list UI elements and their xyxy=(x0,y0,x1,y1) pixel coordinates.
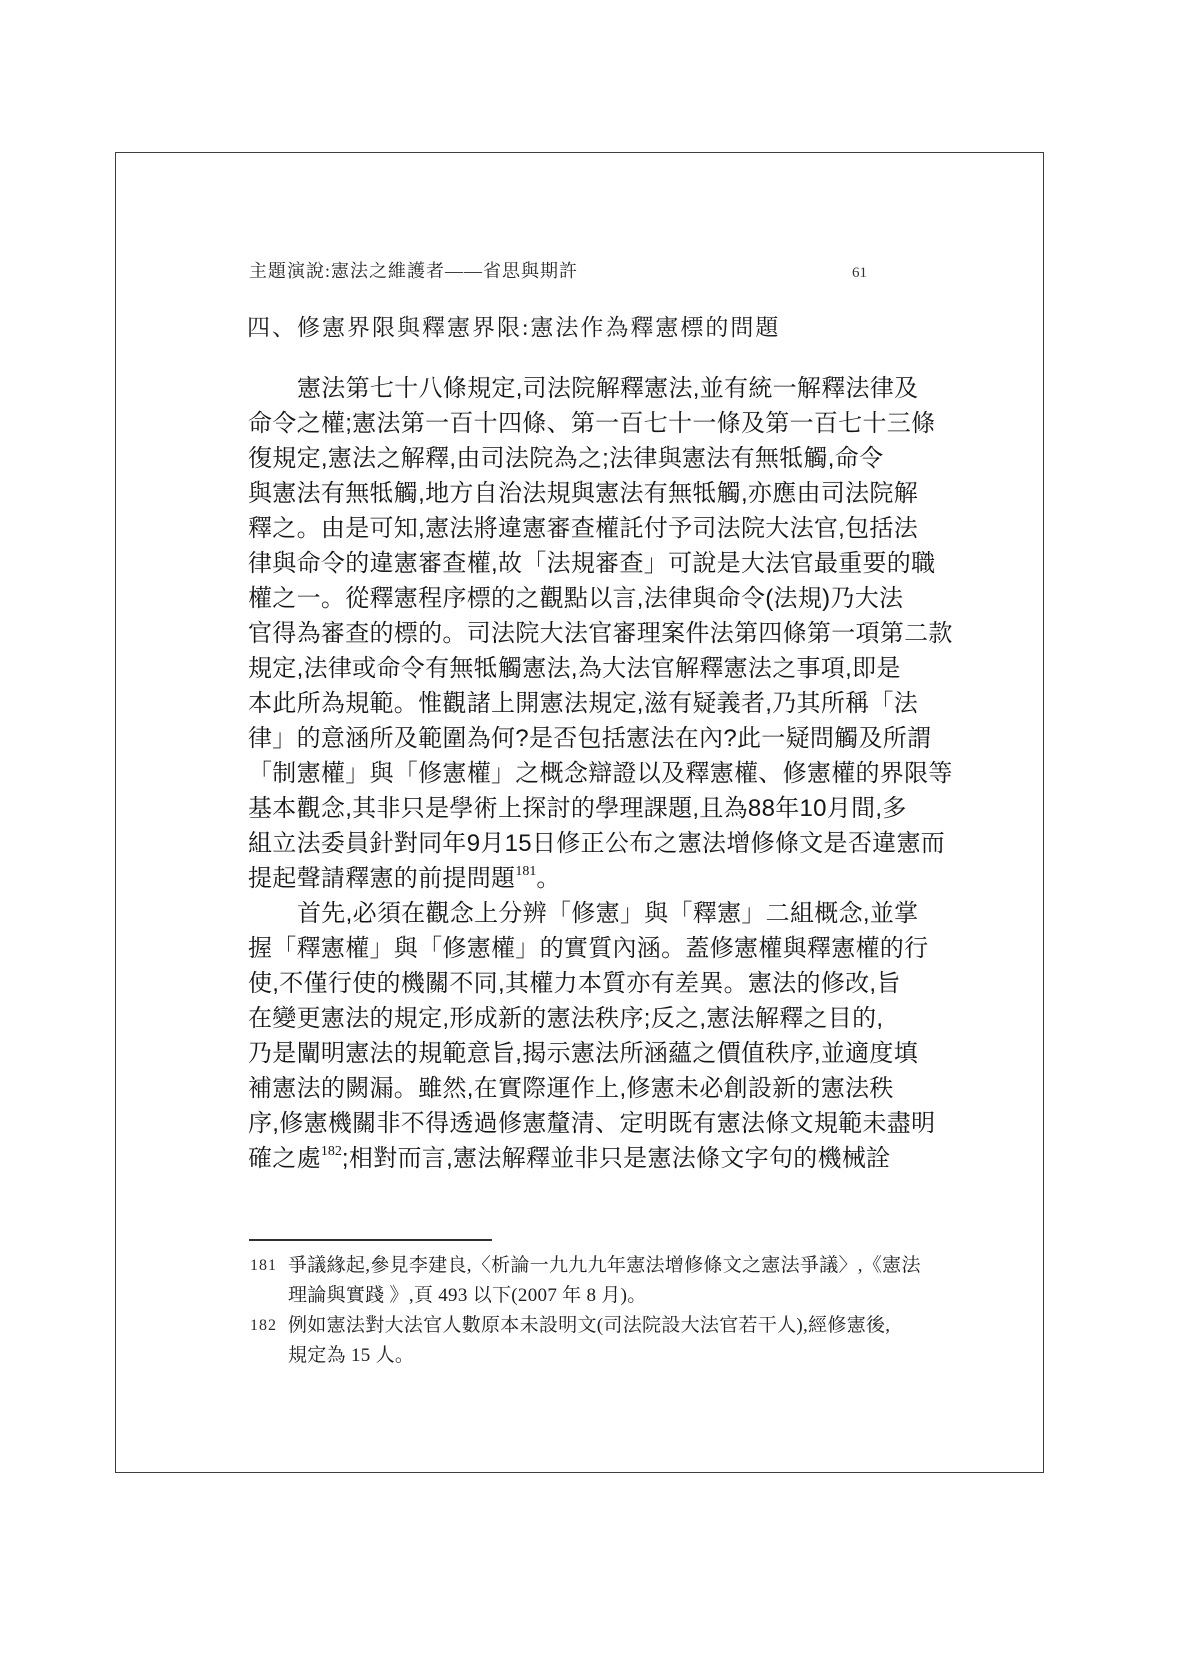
line-text: 規定,法律或命令有無牴觸憲法,為大法官解釋憲法之事項,即是 xyxy=(248,655,901,682)
body-text: 憲法第七十八條規定,司法院解釋憲法,並有統一解釋法律及命令之權;憲法第一百十四條… xyxy=(248,371,893,1176)
footnote-line-text: 理論與實踐 》,頁 493 以下(2007 年 8 月)。 xyxy=(288,1285,647,1306)
line-text: 復規定,憲法之解釋,由司法院為之;法律與憲法有無牴觸,命令 xyxy=(248,445,883,472)
body-text-line: 官得為審查的標的。司法院大法官審理案件法第四條第一項第二款 xyxy=(248,616,893,651)
body-text-line: 使,不僅行使的機關不同,其權力本質亦有差異。憲法的修改,旨 xyxy=(248,966,893,1001)
body-text-line: 在變更憲法的規定,形成新的憲法秩序;反之,憲法解釋之目的, xyxy=(248,1001,893,1036)
footnote-ref: 182 xyxy=(321,1144,342,1159)
footnote-line-text: 規定為 15 人。 xyxy=(288,1345,414,1366)
footnote-line: 例如憲法對大法官人數原本未設明文(司法院設大法官若干人),經修憲後, xyxy=(288,1311,898,1341)
line-text: 「制憲權」與「修憲權」之概念辯證以及釋憲權、修憲權的界限等 xyxy=(248,760,953,787)
line-text: 首先,必須在觀念上分辨「修憲」與「釋憲」二組概念,並掌 xyxy=(297,900,918,927)
footnote-line-text: 爭議緣起,參見李建良,〈析論一九九九年憲法增修條文之憲法爭議〉,《憲法 xyxy=(288,1255,921,1276)
body-text-line: 律與命令的違憲審查權,故「法規審查」可說是大法官最重要的職 xyxy=(248,546,893,581)
footnotes-section: 181 爭議緣起,參見李建良,〈析論一九九九年憲法增修條文之憲法爭議〉,《憲法理… xyxy=(250,1251,898,1371)
footnote-separator xyxy=(249,1239,492,1241)
line-text: 序,修憲機關非不得透過修憲釐清、定明既有憲法條文規範未盡明 xyxy=(248,1110,935,1137)
running-title: 主題演說:憲法之維護者——省思與期許 xyxy=(249,257,578,283)
body-text-line: 憲法第七十八條規定,司法院解釋憲法,並有統一解釋法律及 xyxy=(248,371,893,406)
footnote-line: 理論與實踐 》,頁 493 以下(2007 年 8 月)。 xyxy=(288,1281,921,1311)
body-text-line: 基本觀念,其非只是學術上探討的學理課題,且為88年10月間,多 xyxy=(248,791,893,826)
line-text: 確之處 xyxy=(248,1145,321,1172)
line-text: 基本觀念,其非只是學術上探討的學理課題,且為88年10月間,多 xyxy=(248,795,907,822)
section-heading: 四、修憲界限與釋憲界限:憲法作為釋憲標的問題 xyxy=(247,309,780,342)
footnote-text: 例如憲法對大法官人數原本未設明文(司法院設大法官若干人),經修憲後,規定為 15… xyxy=(288,1311,898,1371)
line-text: 釋之。由是可知,憲法將違憲審查權託付予司法院大法官,包括法 xyxy=(248,515,918,542)
footnote-line-text: 例如憲法對大法官人數原本未設明文(司法院設大法官若干人),經修憲後, xyxy=(288,1315,890,1336)
body-text-line: 與憲法有無牴觸,地方自治法規與憲法有無牴觸,亦應由司法院解 xyxy=(248,476,893,511)
footnote-line: 規定為 15 人。 xyxy=(288,1341,898,1371)
line-text: 在變更憲法的規定,形成新的憲法秩序;反之,憲法解釋之目的, xyxy=(248,1005,883,1032)
footnote-line: 爭議緣起,參見李建良,〈析論一九九九年憲法增修條文之憲法爭議〉,《憲法 xyxy=(288,1251,921,1281)
footnote-text: 爭議緣起,參見李建良,〈析論一九九九年憲法增修條文之憲法爭議〉,《憲法理論與實踐… xyxy=(288,1251,921,1311)
footnote-181: 181 爭議緣起,參見李建良,〈析論一九九九年憲法增修條文之憲法爭議〉,《憲法理… xyxy=(250,1251,898,1311)
line-text: 補憲法的闕漏。雖然,在實際運作上,修憲未必創設新的憲法秩 xyxy=(248,1075,894,1102)
footnote-182: 182 例如憲法對大法官人數原本未設明文(司法院設大法官若干人),經修憲後,規定… xyxy=(250,1311,898,1371)
body-text-line: 補憲法的闕漏。雖然,在實際運作上,修憲未必創設新的憲法秩 xyxy=(248,1071,893,1106)
body-text-line: 規定,法律或命令有無牴觸憲法,為大法官解釋憲法之事項,即是 xyxy=(248,651,893,686)
line-text-after-ref: ;相對而言,憲法解釋並非只是憲法條文字句的機械詮 xyxy=(342,1145,891,1172)
body-text-line: 提起聲請釋憲的前提問題181。 xyxy=(248,861,893,896)
body-text-line: 確之處182;相對而言,憲法解釋並非只是憲法條文字句的機械詮 xyxy=(248,1141,893,1176)
line-text: 握「釋憲權」與「修憲權」的實質內涵。蓋修憲權與釋憲權的行 xyxy=(248,935,928,962)
line-text: 律」的意涵所及範圍為何?是否包括憲法在內?此一疑問觸及所謂 xyxy=(248,725,931,752)
body-text-line: 首先,必須在觀念上分辨「修憲」與「釋憲」二組概念,並掌 xyxy=(248,896,893,931)
body-text-line: 組立法委員針對同年9月15日修正公布之憲法增修條文是否違憲而 xyxy=(248,826,893,861)
page-number: 61 xyxy=(852,265,867,282)
body-text-line: 律」的意涵所及範圍為何?是否包括憲法在內?此一疑問觸及所謂 xyxy=(248,721,893,756)
body-text-line: 命令之權;憲法第一百十四條、第一百七十一條及第一百七十三條 xyxy=(248,406,893,441)
line-text-after-ref: 。 xyxy=(536,865,560,892)
footnote-number: 181 xyxy=(250,1251,288,1281)
body-text-line: 握「釋憲權」與「修憲權」的實質內涵。蓋修憲權與釋憲權的行 xyxy=(248,931,893,966)
line-text: 使,不僅行使的機關不同,其權力本質亦有差異。憲法的修改,旨 xyxy=(248,970,901,997)
line-text: 組立法委員針對同年9月15日修正公布之憲法增修條文是否違憲而 xyxy=(248,830,945,857)
footnote-ref: 181 xyxy=(515,864,536,879)
line-text: 律與命令的違憲審查權,故「法規審查」可說是大法官最重要的職 xyxy=(248,550,935,577)
body-text-line: 序,修憲機關非不得透過修憲釐清、定明既有憲法條文規範未盡明 xyxy=(248,1106,893,1141)
line-text: 官得為審查的標的。司法院大法官審理案件法第四條第一項第二款 xyxy=(248,620,953,647)
line-text: 憲法第七十八條規定,司法院解釋憲法,並有統一解釋法律及 xyxy=(297,375,918,402)
line-text: 本此所為規範。惟觀諸上開憲法規定,滋有疑義者,乃其所稱「法 xyxy=(248,690,918,717)
body-text-line: 「制憲權」與「修憲權」之概念辯證以及釋憲權、修憲權的界限等 xyxy=(248,756,893,791)
body-text-line: 釋之。由是可知,憲法將違憲審查權託付予司法院大法官,包括法 xyxy=(248,511,893,546)
line-text: 命令之權;憲法第一百十四條、第一百七十一條及第一百七十三條 xyxy=(248,410,935,437)
body-text-line: 復規定,憲法之解釋,由司法院為之;法律與憲法有無牴觸,命令 xyxy=(248,441,893,476)
paragraph-1: 憲法第七十八條規定,司法院解釋憲法,並有統一解釋法律及命令之權;憲法第一百十四條… xyxy=(248,371,893,896)
paragraph-2: 首先,必須在觀念上分辨「修憲」與「釋憲」二組概念,並掌握「釋憲權」與「修憲權」的… xyxy=(248,896,893,1176)
footnote-number: 182 xyxy=(250,1311,288,1341)
body-text-line: 乃是闡明憲法的規範意旨,揭示憲法所涵蘊之價值秩序,並適度填 xyxy=(248,1036,893,1071)
running-header: 主題演說:憲法之維護者——省思與期許 61 xyxy=(249,257,867,283)
line-text: 與憲法有無牴觸,地方自治法規與憲法有無牴觸,亦應由司法院解 xyxy=(248,480,918,507)
line-text: 乃是闡明憲法的規範意旨,揭示憲法所涵蘊之價值秩序,並適度填 xyxy=(248,1040,918,1067)
line-text: 提起聲請釋憲的前提問題 xyxy=(248,865,515,892)
document-page: 主題演說:憲法之維護者——省思與期許 61 四、修憲界限與釋憲界限:憲法作為釋憲… xyxy=(0,0,1177,1664)
body-text-line: 權之一。從釋憲程序標的之觀點以言,法律與命令(法規)乃大法 xyxy=(248,581,893,616)
line-text: 權之一。從釋憲程序標的之觀點以言,法律與命令(法規)乃大法 xyxy=(248,585,903,612)
body-text-line: 本此所為規範。惟觀諸上開憲法規定,滋有疑義者,乃其所稱「法 xyxy=(248,686,893,721)
